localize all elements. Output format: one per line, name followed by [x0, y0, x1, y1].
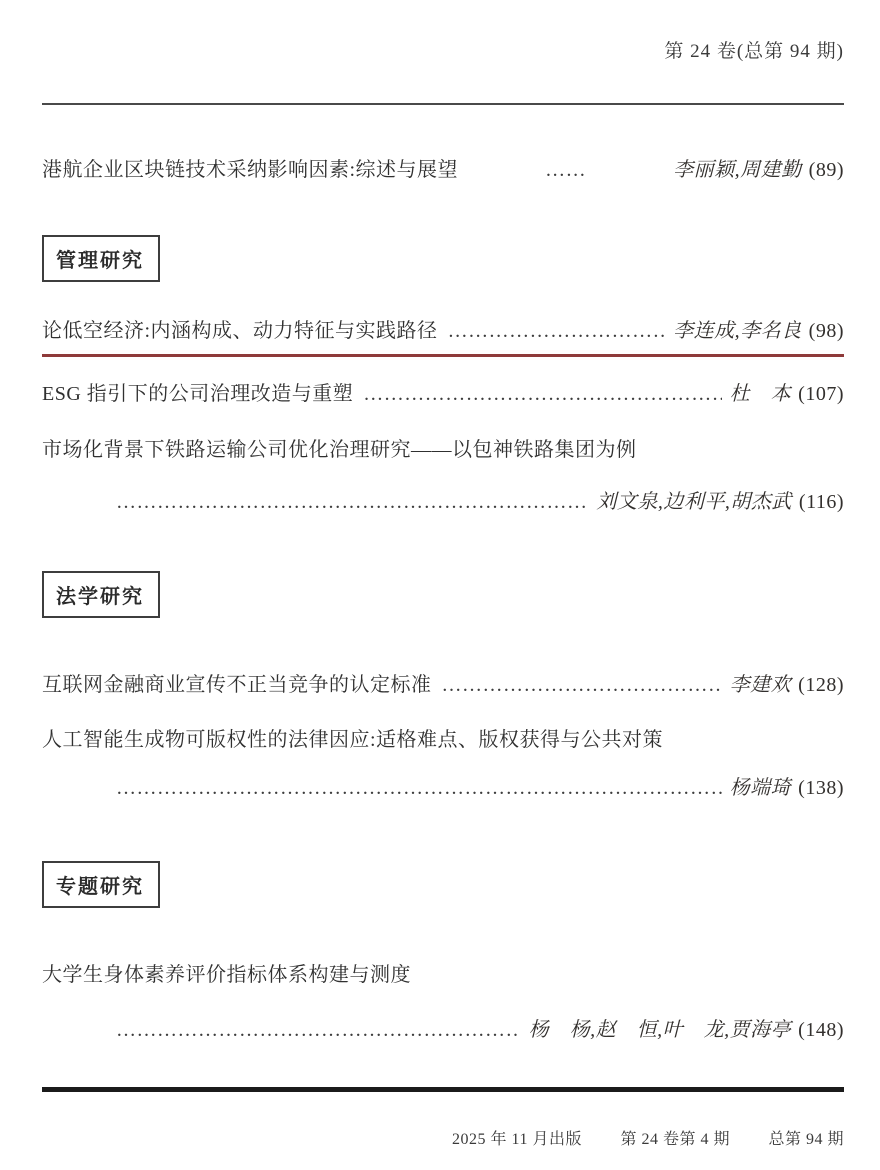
entry-page-number: (107): [798, 379, 844, 409]
bottom-divider-rule: [42, 1087, 844, 1092]
footer-publish-date: 2025 年 11 月出版: [452, 1131, 582, 1148]
dot-leader: ……………………………………………………………………………………………………………: [363, 379, 721, 409]
entry-title: 港航企业区块链技术采纳影响因素:综述与展望: [42, 155, 458, 185]
entry-page-number: (138): [798, 773, 844, 803]
top-divider-rule: [42, 103, 844, 105]
entry-authors: 杨 杨,赵 恒,叶 龙,贾海亭: [529, 1015, 792, 1045]
footer-total-issue: 总第 94 期: [768, 1131, 844, 1148]
entry-title: ESG 指引下的公司治理改造与重塑: [42, 379, 353, 409]
entry-page-number: (148): [798, 1015, 844, 1045]
section-header-row: 管理研究: [42, 235, 844, 282]
section-label-management: 管理研究: [42, 235, 160, 282]
journal-toc-page: 第 24 卷(总第 94 期) 港航企业区块链技术采纳影响因素:综述与展望 ………: [0, 0, 880, 1170]
toc-entry-highlighted: 论低空经济:内涵构成、动力特征与实践路径 ……………………………………………………: [42, 316, 844, 357]
toc-entry-continuation: ……………………………………………………………………………………………………………: [106, 1015, 844, 1045]
dot-leader: ……………………………………………………………………………………………………………: [116, 1015, 521, 1045]
dot-leader: ……………………………………………………………………………………………………………: [448, 316, 666, 346]
toc-entry: ESG 指引下的公司治理改造与重塑 ……………………………………………………………: [42, 379, 844, 409]
entry-page-number: (89): [809, 155, 844, 185]
entry-authors: 刘文泉,边利平,胡杰武: [596, 487, 792, 517]
dot-leader: ……………………………………………………………………………………………………………: [442, 670, 722, 700]
dot-leader: ……: [458, 155, 673, 185]
section-header-row: 法学研究: [42, 571, 844, 618]
entry-page-number: (128): [798, 670, 844, 700]
dot-leader: ……………………………………………………………………………………………………………: [116, 773, 722, 803]
entry-title-wrapped: 大学生身体素养评价指标体系构建与测度: [42, 960, 844, 990]
entry-title-wrapped: 人工智能生成物可版权性的法律因应:适格难点、版权获得与公共对策: [42, 725, 844, 755]
toc-entry: 港航企业区块链技术采纳影响因素:综述与展望 …… 李丽颖,周建勤 (89): [42, 155, 844, 185]
entry-page-number: (98): [809, 316, 844, 346]
entry-title: 互联网金融商业宣传不正当竞争的认定标准: [42, 670, 432, 700]
entry-authors: 杨端琦: [730, 773, 792, 803]
section-label-special-topic: 专题研究: [42, 861, 160, 908]
entry-authors: 杜 本: [730, 379, 792, 409]
entry-authors: 李连成,李名良: [673, 316, 802, 346]
toc-entry-continuation: ……………………………………………………………………………………………………………: [106, 773, 844, 803]
toc-entry-continuation: ……………………………………………………………………………………………………………: [106, 487, 844, 517]
entry-title-wrapped: 市场化背景下铁路运输公司优化治理研究——以包神铁路集团为例: [42, 435, 844, 465]
entry-title: 论低空经济:内涵构成、动力特征与实践路径: [42, 316, 438, 346]
toc-entry: 互联网金融商业宣传不正当竞争的认定标准 ………………………………………………………: [42, 670, 844, 700]
entry-authors: 李建欢: [730, 670, 792, 700]
entry-page-number: (116): [799, 487, 844, 517]
footer-issue-info: 第 24 卷第 4 期: [620, 1131, 730, 1148]
section-label-law: 法学研究: [42, 571, 160, 618]
section-header-row: 专题研究: [42, 861, 844, 908]
masthead-volume-info: 第 24 卷(总第 94 期): [42, 36, 844, 63]
entry-authors: 李丽颖,周建勤: [673, 155, 802, 185]
dot-leader: ……………………………………………………………………………………………………………: [116, 487, 588, 517]
publication-footer: 2025 年 11 月出版 第 24 卷第 4 期 总第 94 期: [42, 1126, 844, 1149]
